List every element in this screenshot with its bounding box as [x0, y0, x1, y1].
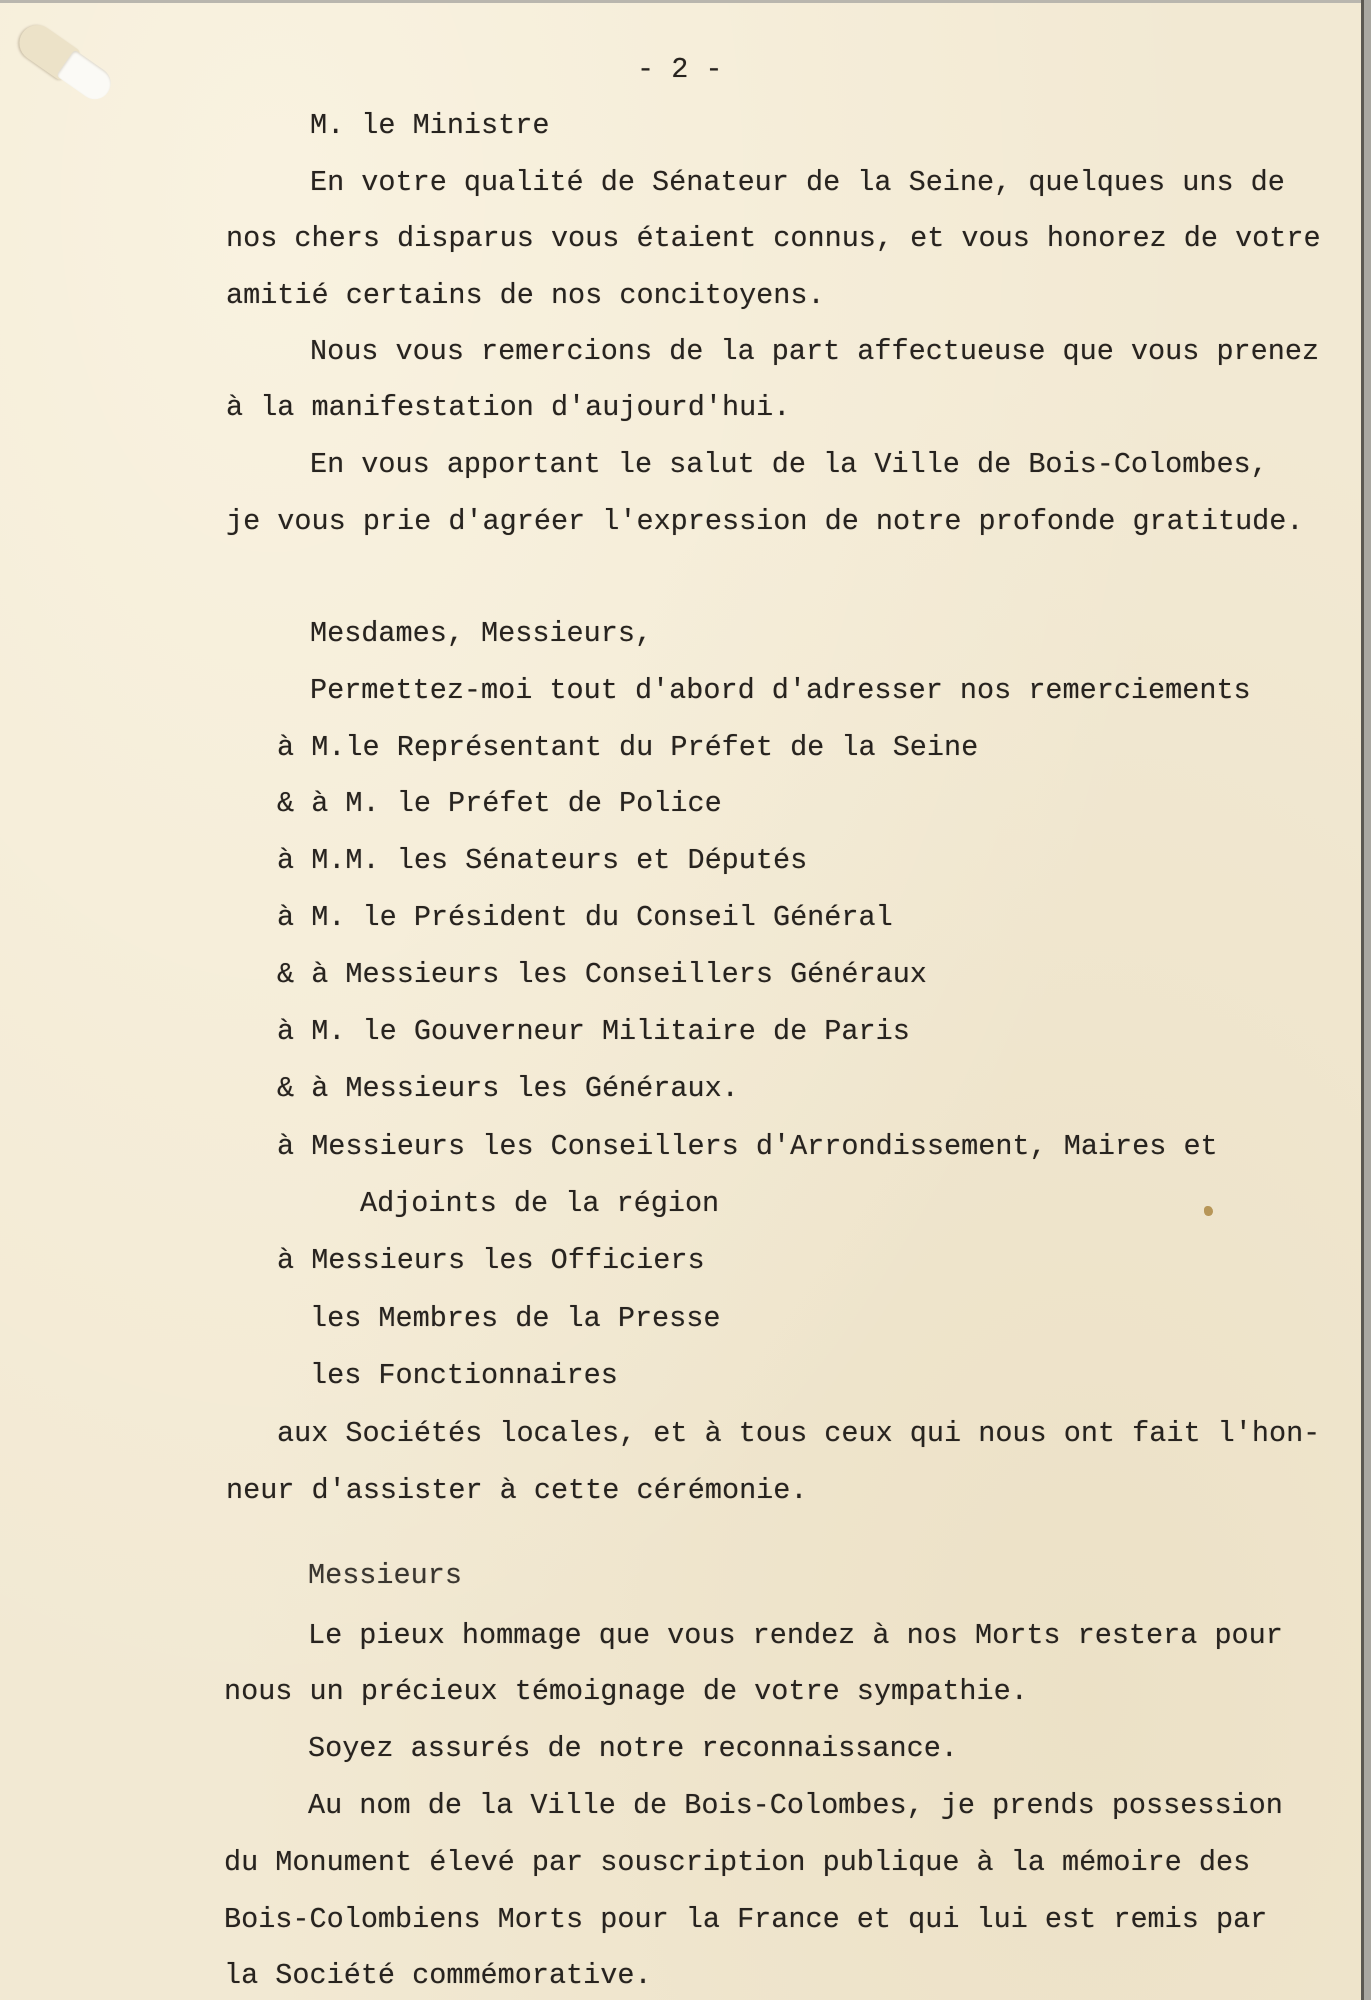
recipient-line: & à M. le Préfet de Police	[277, 787, 722, 821]
paragraph-line: Soyez assurés de notre reconnaissance.	[308, 1732, 958, 1766]
recipient-line: & à Messieurs les Généraux.	[277, 1072, 739, 1106]
background-strip	[1364, 0, 1371, 2000]
recipient-line: à M. le Président du Conseil Général	[277, 901, 893, 935]
recipient-line: les Membres de la Presse	[310, 1302, 720, 1336]
salutation-gentlemen: Messieurs	[308, 1559, 462, 1593]
recipient-line: aux Sociétés locales, et à tous ceux qui…	[277, 1417, 1320, 1451]
recipient-line: à M.le Représentant du Préfet de la Sein…	[277, 731, 978, 765]
paper-clip-mark	[10, 18, 111, 105]
recipient-line: à Messieurs les Officiers	[277, 1244, 705, 1278]
paragraph-line: En vous apportant le salut de la Ville d…	[310, 448, 1268, 482]
paragraph-line: En votre qualité de Sénateur de la Seine…	[310, 166, 1285, 200]
paragraph-line: nous un précieux témoignage de votre sym…	[224, 1675, 1028, 1709]
paragraph-line: nos chers disparus vous étaient connus, …	[226, 222, 1321, 256]
recipient-line: à Messieurs les Conseillers d'Arrondisse…	[277, 1130, 1218, 1164]
paper-stain	[1204, 1206, 1213, 1216]
paragraph-line: Bois-Colombiens Morts pour la France et …	[224, 1903, 1267, 1937]
recipient-line: Adjoints de la région	[360, 1187, 719, 1221]
paragraph-line: du Monument élevé par souscription publi…	[224, 1846, 1250, 1880]
recipient-line: les Fonctionnaires	[310, 1359, 618, 1393]
recipient-line: à M. le Gouverneur Militaire de Paris	[277, 1015, 910, 1049]
paragraph-line: à la manifestation d'aujourd'hui.	[226, 391, 790, 425]
page-number: - 2 -	[637, 53, 723, 87]
paragraph-line: la Société commémorative.	[224, 1959, 652, 1993]
recipient-line: & à Messieurs les Conseillers Généraux	[277, 958, 927, 992]
salutation-minister: M. le Ministre	[310, 109, 549, 143]
paragraph-line: Le pieux hommage que vous rendez à nos M…	[308, 1619, 1283, 1653]
typewritten-page: - 2 - M. le Ministre En votre qualité de…	[0, 0, 1363, 2000]
paragraph-line: amitié certains de nos concitoyens.	[226, 279, 825, 313]
paragraph-line: Nous vous remercions de la part affectue…	[310, 335, 1319, 369]
recipient-line: neur d'assister à cette cérémonie.	[226, 1474, 808, 1508]
salutation-ladies-gentlemen: Mesdames, Messieurs,	[310, 617, 652, 651]
recipient-line: à M.M. les Sénateurs et Députés	[277, 844, 807, 878]
intro-line: Permettez-moi tout d'abord d'adresser no…	[310, 674, 1251, 708]
paragraph-line: Au nom de la Ville de Bois-Colombes, je …	[308, 1789, 1283, 1823]
paragraph-line: je vous prie d'agréer l'expression de no…	[226, 505, 1303, 539]
